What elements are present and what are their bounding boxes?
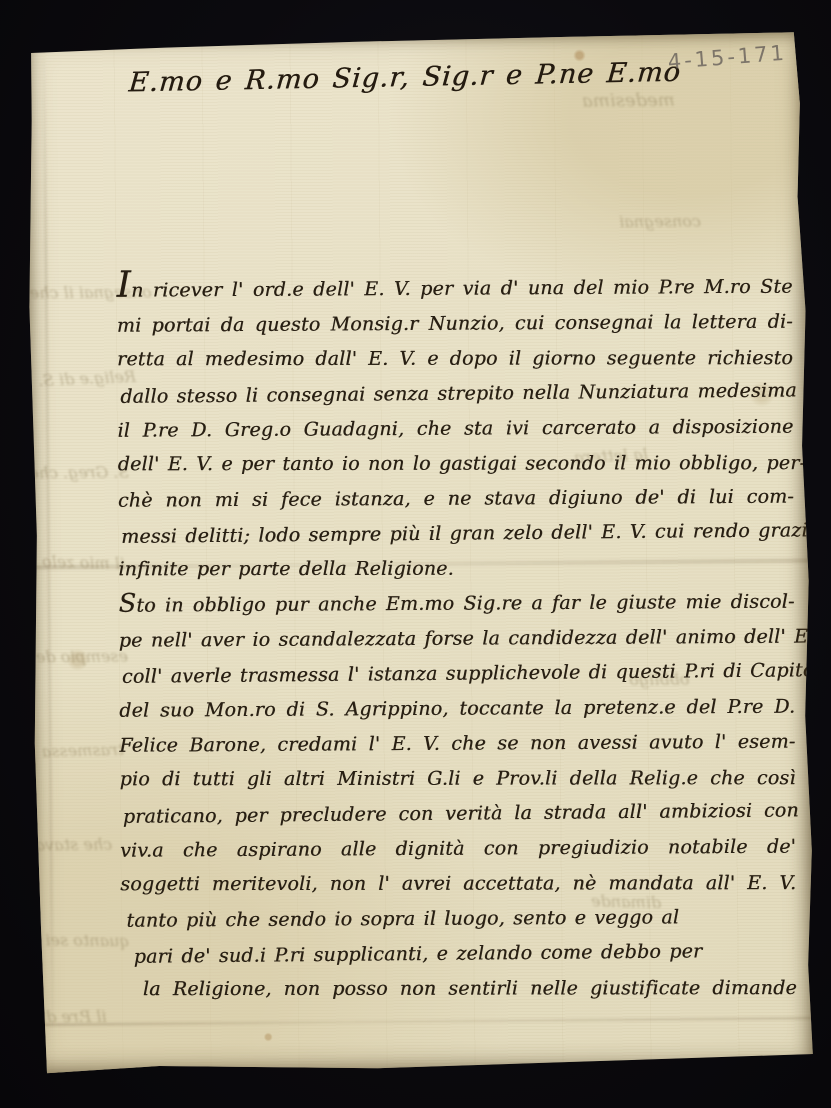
manuscript-line: praticano, per precludere con verità la … (123, 793, 799, 834)
manuscript-line: il P.re D. Greg.o Guadagni, che sta ivi … (117, 410, 793, 449)
manuscript-line: In ricever l' ord.e dell' E. V. per via … (117, 270, 793, 309)
manuscript-line: pari de' sud.i P.ri supplicanti, e zelan… (134, 933, 800, 974)
manuscript-line: Felice Barone, credami l' E. V. che se n… (119, 725, 795, 764)
manuscript-line: messi delitti; lodo sempre più il gran z… (121, 513, 797, 554)
bleedthrough-text: che stava (35, 837, 112, 854)
manuscript-line: del suo Mon.ro di S. Agrippino, toccante… (119, 690, 795, 729)
letter-paper: onsegnai il cheRelig.e di S.S. Greg. che… (25, 31, 814, 1076)
manuscript-line: mi portai da questo Monsig.r Nunzio, cui… (117, 305, 793, 344)
bleedthrough-text: trasmessa (42, 742, 125, 760)
bleedthrough-text: S. Greg. che (29, 465, 129, 482)
manuscript-line: viv.a che aspirano alle dignità con preg… (120, 830, 796, 869)
manuscript-line: pe nell' aver io scandalezzata forse la … (119, 620, 795, 659)
manuscript-line: tanto più che sendo io sopra il luogo, s… (126, 900, 796, 939)
photo-background: onsegnai il cheRelig.e di S.S. Greg. che… (0, 0, 831, 1108)
manuscript-line: Sto in obbligo pur anche Em.mo Sig.re a … (118, 585, 794, 624)
bleedthrough-text: quanto sei (45, 933, 129, 950)
letter-body: In ricever l' ord.e dell' E. V. per via … (117, 270, 797, 1009)
manuscript-line: infinite per parte della Religione. (118, 551, 794, 587)
manuscript-line: dell' E. V. e per tanto io non lo gastig… (118, 446, 794, 482)
bleedthrough-text: medesima (582, 92, 675, 111)
manuscript-line: pio di tutti gli altri Ministri G.li e P… (120, 761, 796, 797)
manuscript-line: soggetti meritevoli, non l' avrei accett… (120, 866, 796, 902)
bleedthrough-text: consegnai (619, 214, 701, 231)
manuscript-line: dallo stesso li consegnai senza strepito… (120, 373, 796, 414)
manuscript-line: retta al medesimo dall' E. V. e dopo il … (117, 341, 793, 377)
manuscript-line: chè non mi si fece istanza, e ne stava d… (118, 480, 794, 519)
manuscript-line: coll' averle trasmessa l' istanza suppli… (122, 653, 798, 694)
manuscript-line: la Religione, non posso non sentirli nel… (143, 971, 797, 1007)
bleedthrough-text: il mio zelo (42, 554, 125, 572)
